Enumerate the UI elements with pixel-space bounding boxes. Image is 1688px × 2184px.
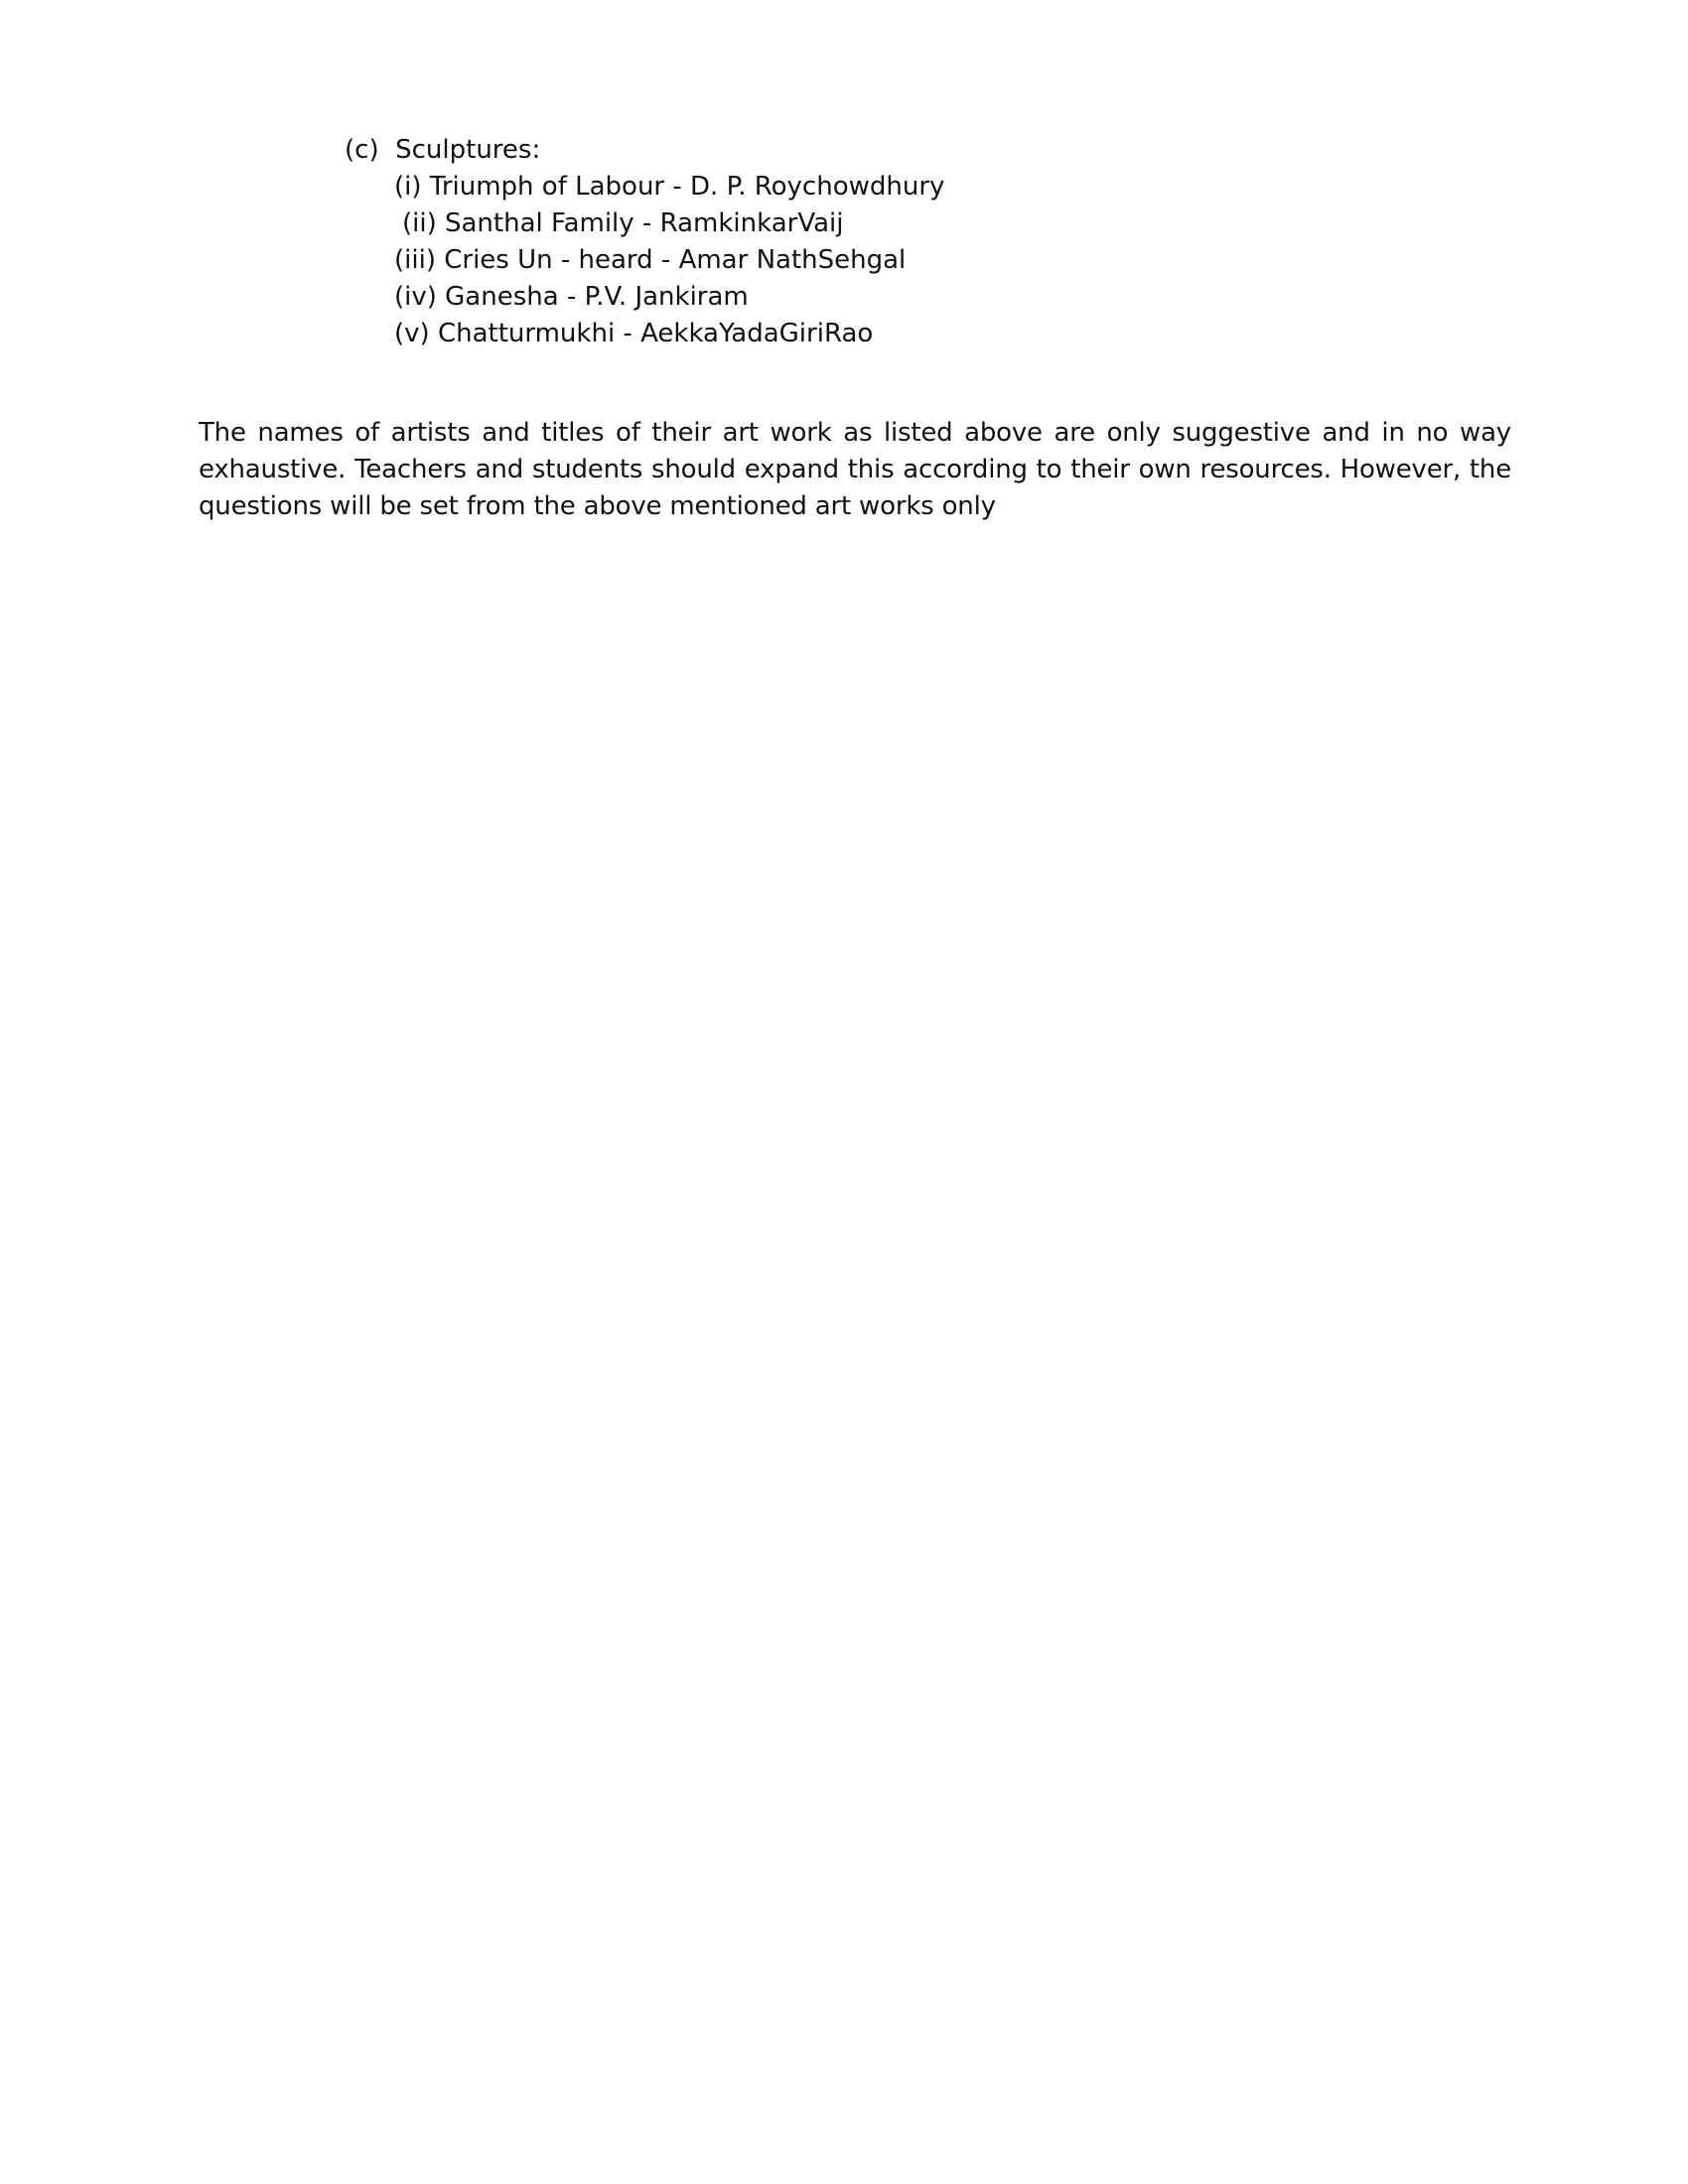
section-marker: (c) (345, 135, 379, 165)
note-paragraph: The names of artists and titles of their… (199, 415, 1511, 525)
list-item: (iii) Cries Un - heard - Amar NathSehgal (345, 242, 944, 279)
list-item: (v) Chatturmukhi - AekkaYadaGiriRao (345, 316, 944, 352)
section-title: Sculptures: (395, 135, 540, 165)
document-page: (c) Sculptures: (i) Triumph of Labour - … (0, 0, 1688, 2184)
list-item: (i) Triumph of Labour - D. P. Roychowdhu… (345, 169, 944, 205)
list-item: (iv) Ganesha - P.V. Jankiram (345, 279, 944, 316)
list-item: (ii) Santhal Family - RamkinkarVaij (345, 205, 944, 242)
section-heading: (c) Sculptures: (345, 132, 944, 169)
sculptures-section: (c) Sculptures: (i) Triumph of Labour - … (345, 132, 944, 352)
